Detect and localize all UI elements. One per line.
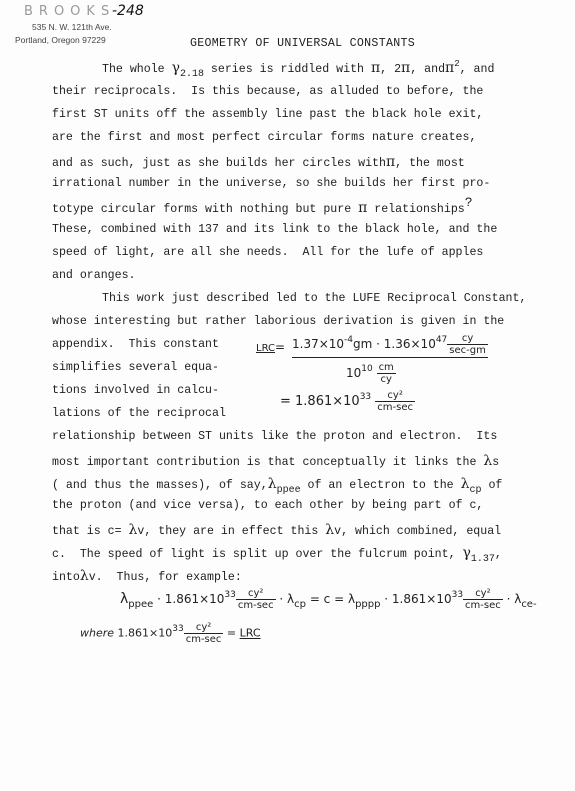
p2-line6: lations of the reciprocal [52,407,226,420]
page-number: -248 [112,3,144,19]
p1-line7: totype circular forms with nothing but p… [52,200,473,216]
where-equation: where 1.861×1033cy²cm-sec = LRC [80,622,261,645]
p2-line3: appendix. This constant [52,338,219,351]
p2-line9: ( and thus the masses), of say,λppee of … [52,476,502,492]
lambda-symbol: λ [325,522,334,538]
lrc-numerator: 1.37×10-4gm · 1.36×1047cysec-gm [292,333,488,358]
p2-line2: whose interesting but rather laborious d… [52,315,504,328]
p2-line10: the proton (and vice versa), to each oth… [52,499,483,512]
p1-line5: and as such, just as she builds her circ… [52,154,465,170]
pi-symbol: π [386,154,395,170]
lambda-symbol: λ [483,453,492,469]
p2-line4: simplifies several equa- [52,361,219,374]
p1-line1: The whole γ2.18 series is riddled with π… [102,60,494,76]
lrc-label: LRC [240,627,261,640]
lrc-denominator: 1010 cmcy [346,362,396,385]
gamma-symbol: γ [463,545,471,561]
pi-symbol: π [445,60,454,76]
gamma-symbol: γ [172,60,180,76]
stamp-address-line1: 535 N. W. 121th Ave. [32,22,112,32]
p2-line8: most important contribution is that conc… [52,453,499,469]
p1-line6: irrational number in the universe, so sh… [52,177,490,190]
lambda-symbol: λ [80,568,89,584]
p1-line9: speed of light, are all she needs. All f… [52,246,483,259]
stamp-name: BROOKS [24,4,115,19]
p2-line13: intoλv. Thus, for example: [52,568,242,584]
lrc-label: LRC [256,343,275,354]
p1-line3: first ST units off the assembly line pas… [52,108,483,121]
handwritten-question-mark: ? [465,195,473,210]
document-page: BROOKS -248 535 N. W. 121th Ave. Portlan… [0,0,575,791]
p1-line8: These, combined with 137 and its link to… [52,223,497,236]
p2-line7: relationship between ST units like the p… [52,430,497,443]
lrc-equation: LRC= [256,340,285,354]
example-equation: λppee · 1.861×1033cy²cm-sec · λcp = c = … [120,588,537,611]
lrc-result: = 1.861×1033 cy²cm-sec [280,390,415,413]
p2-line12: c. The speed of light is split up over t… [52,545,502,561]
pi-symbol: π [371,60,380,76]
p2-line5: tions involved in calcu- [52,384,219,397]
document-title: GEOMETRY OF UNIVERSAL CONSTANTS [190,37,415,50]
lambda-symbol: λ [268,476,277,492]
p2-line1: This work just described led to the LUFE… [102,292,526,305]
p1-line4: are the first and most perfect circular … [52,131,476,144]
pi-symbol: π [358,200,367,216]
p1-line10: and oranges. [52,269,136,282]
pi-symbol: π [401,60,410,76]
stamp-address-line2: Portland, Oregon 97229 [15,35,106,45]
p2-line11: that is c= λv, they are in effect this λ… [52,522,501,538]
p1-line2: their reciprocals. Is this because, as a… [52,85,483,98]
